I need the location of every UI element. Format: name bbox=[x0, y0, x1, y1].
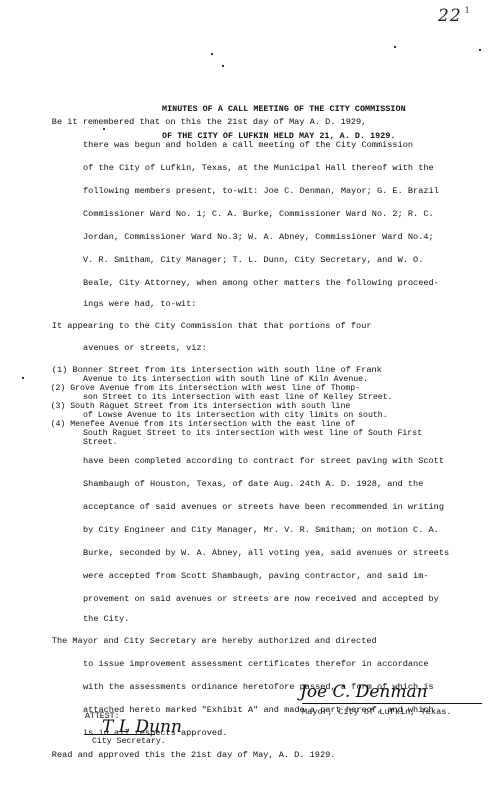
text-line: were accepted from Scott Shambaugh, pavi… bbox=[83, 571, 429, 581]
title-line-1: MINUTES OF A CALL MEETING OF THE CITY CO… bbox=[162, 105, 406, 114]
mayor-signature-line bbox=[302, 703, 482, 704]
text-line: there was begun and holden a call meetin… bbox=[83, 140, 413, 150]
text-line: Shambaugh of Houston, Texas, of date Aug… bbox=[83, 479, 423, 489]
page-number-text: 22 bbox=[438, 6, 462, 26]
text-line: Beale, City Attorney, when among other m… bbox=[83, 278, 439, 288]
handwritten-page-number: 221 bbox=[438, 6, 471, 26]
mayor-caption: Mayor, City of Lufkin, Texas. bbox=[302, 707, 452, 717]
text-line: V. R. Smitham, City Manager; T. L. Dunn,… bbox=[83, 255, 423, 265]
list-item-line: (2) Grove Avenue from its intersection w… bbox=[26, 384, 360, 393]
scan-speck bbox=[222, 65, 224, 67]
list-item-line: (4) Menefee Avenue from its intersection… bbox=[26, 420, 355, 429]
text-line: following members present, to-wit: Joe C… bbox=[83, 186, 439, 196]
text-line: ings were had, to-wit: bbox=[83, 299, 196, 309]
mayor-signature: Joe C. Denman bbox=[300, 682, 428, 702]
text-line: It appearing to the City Commission that… bbox=[26, 321, 372, 331]
text-line: the City. bbox=[83, 614, 129, 624]
scan-speck bbox=[22, 377, 24, 379]
list-item-line: son Street to its intersection with east… bbox=[83, 393, 393, 402]
scan-speck bbox=[103, 128, 105, 130]
secretary-signature-line bbox=[85, 734, 155, 735]
page-mark: 1 bbox=[465, 6, 471, 15]
text-line: Jordan, Commissioner Ward No.3; W. A. Ab… bbox=[83, 232, 434, 242]
text-line: by City Engineer and City Manager, Mr. V… bbox=[83, 525, 439, 535]
list-item-line: South Raguet Street to its intersection … bbox=[83, 429, 422, 438]
scan-speck bbox=[479, 49, 481, 51]
list-item-line: Avenue to its intersection with south li… bbox=[83, 375, 368, 384]
text-line: The Mayor and City Secretary are hereby … bbox=[26, 636, 377, 646]
list-item-line: (1) Bonner Street from its intersection … bbox=[26, 365, 382, 375]
text-line: of the City of Lufkin, Texas, at the Mun… bbox=[83, 163, 434, 173]
scan-speck bbox=[211, 53, 213, 55]
list-item-line: of Lowse Avenue to its intersection with… bbox=[83, 411, 388, 420]
text-line: avenues or streets, viz: bbox=[83, 343, 207, 353]
text-line: Be it remembered that on this the 21st d… bbox=[26, 117, 366, 127]
text-line: acceptance of said avenues or streets ha… bbox=[83, 502, 444, 512]
scan-speck bbox=[394, 46, 396, 48]
approval-line: Read and approved this the 21st day of M… bbox=[26, 750, 335, 760]
text-line: provement on said avenues or streets are… bbox=[83, 594, 439, 604]
text-line: to issue improvement assessment certific… bbox=[83, 659, 429, 669]
text-line: Burke, seconded by W. A. Abney, all voti… bbox=[83, 548, 449, 558]
list-item-line: Street. bbox=[83, 438, 117, 447]
list-item-line: (3) South Raguet Street from its interse… bbox=[26, 402, 350, 411]
text-line: have been completed according to contrac… bbox=[83, 456, 444, 466]
text-line: Commissioner Ward No. 1; C. A. Burke, Co… bbox=[83, 209, 434, 219]
secretary-caption: City Secretary. bbox=[92, 737, 166, 746]
